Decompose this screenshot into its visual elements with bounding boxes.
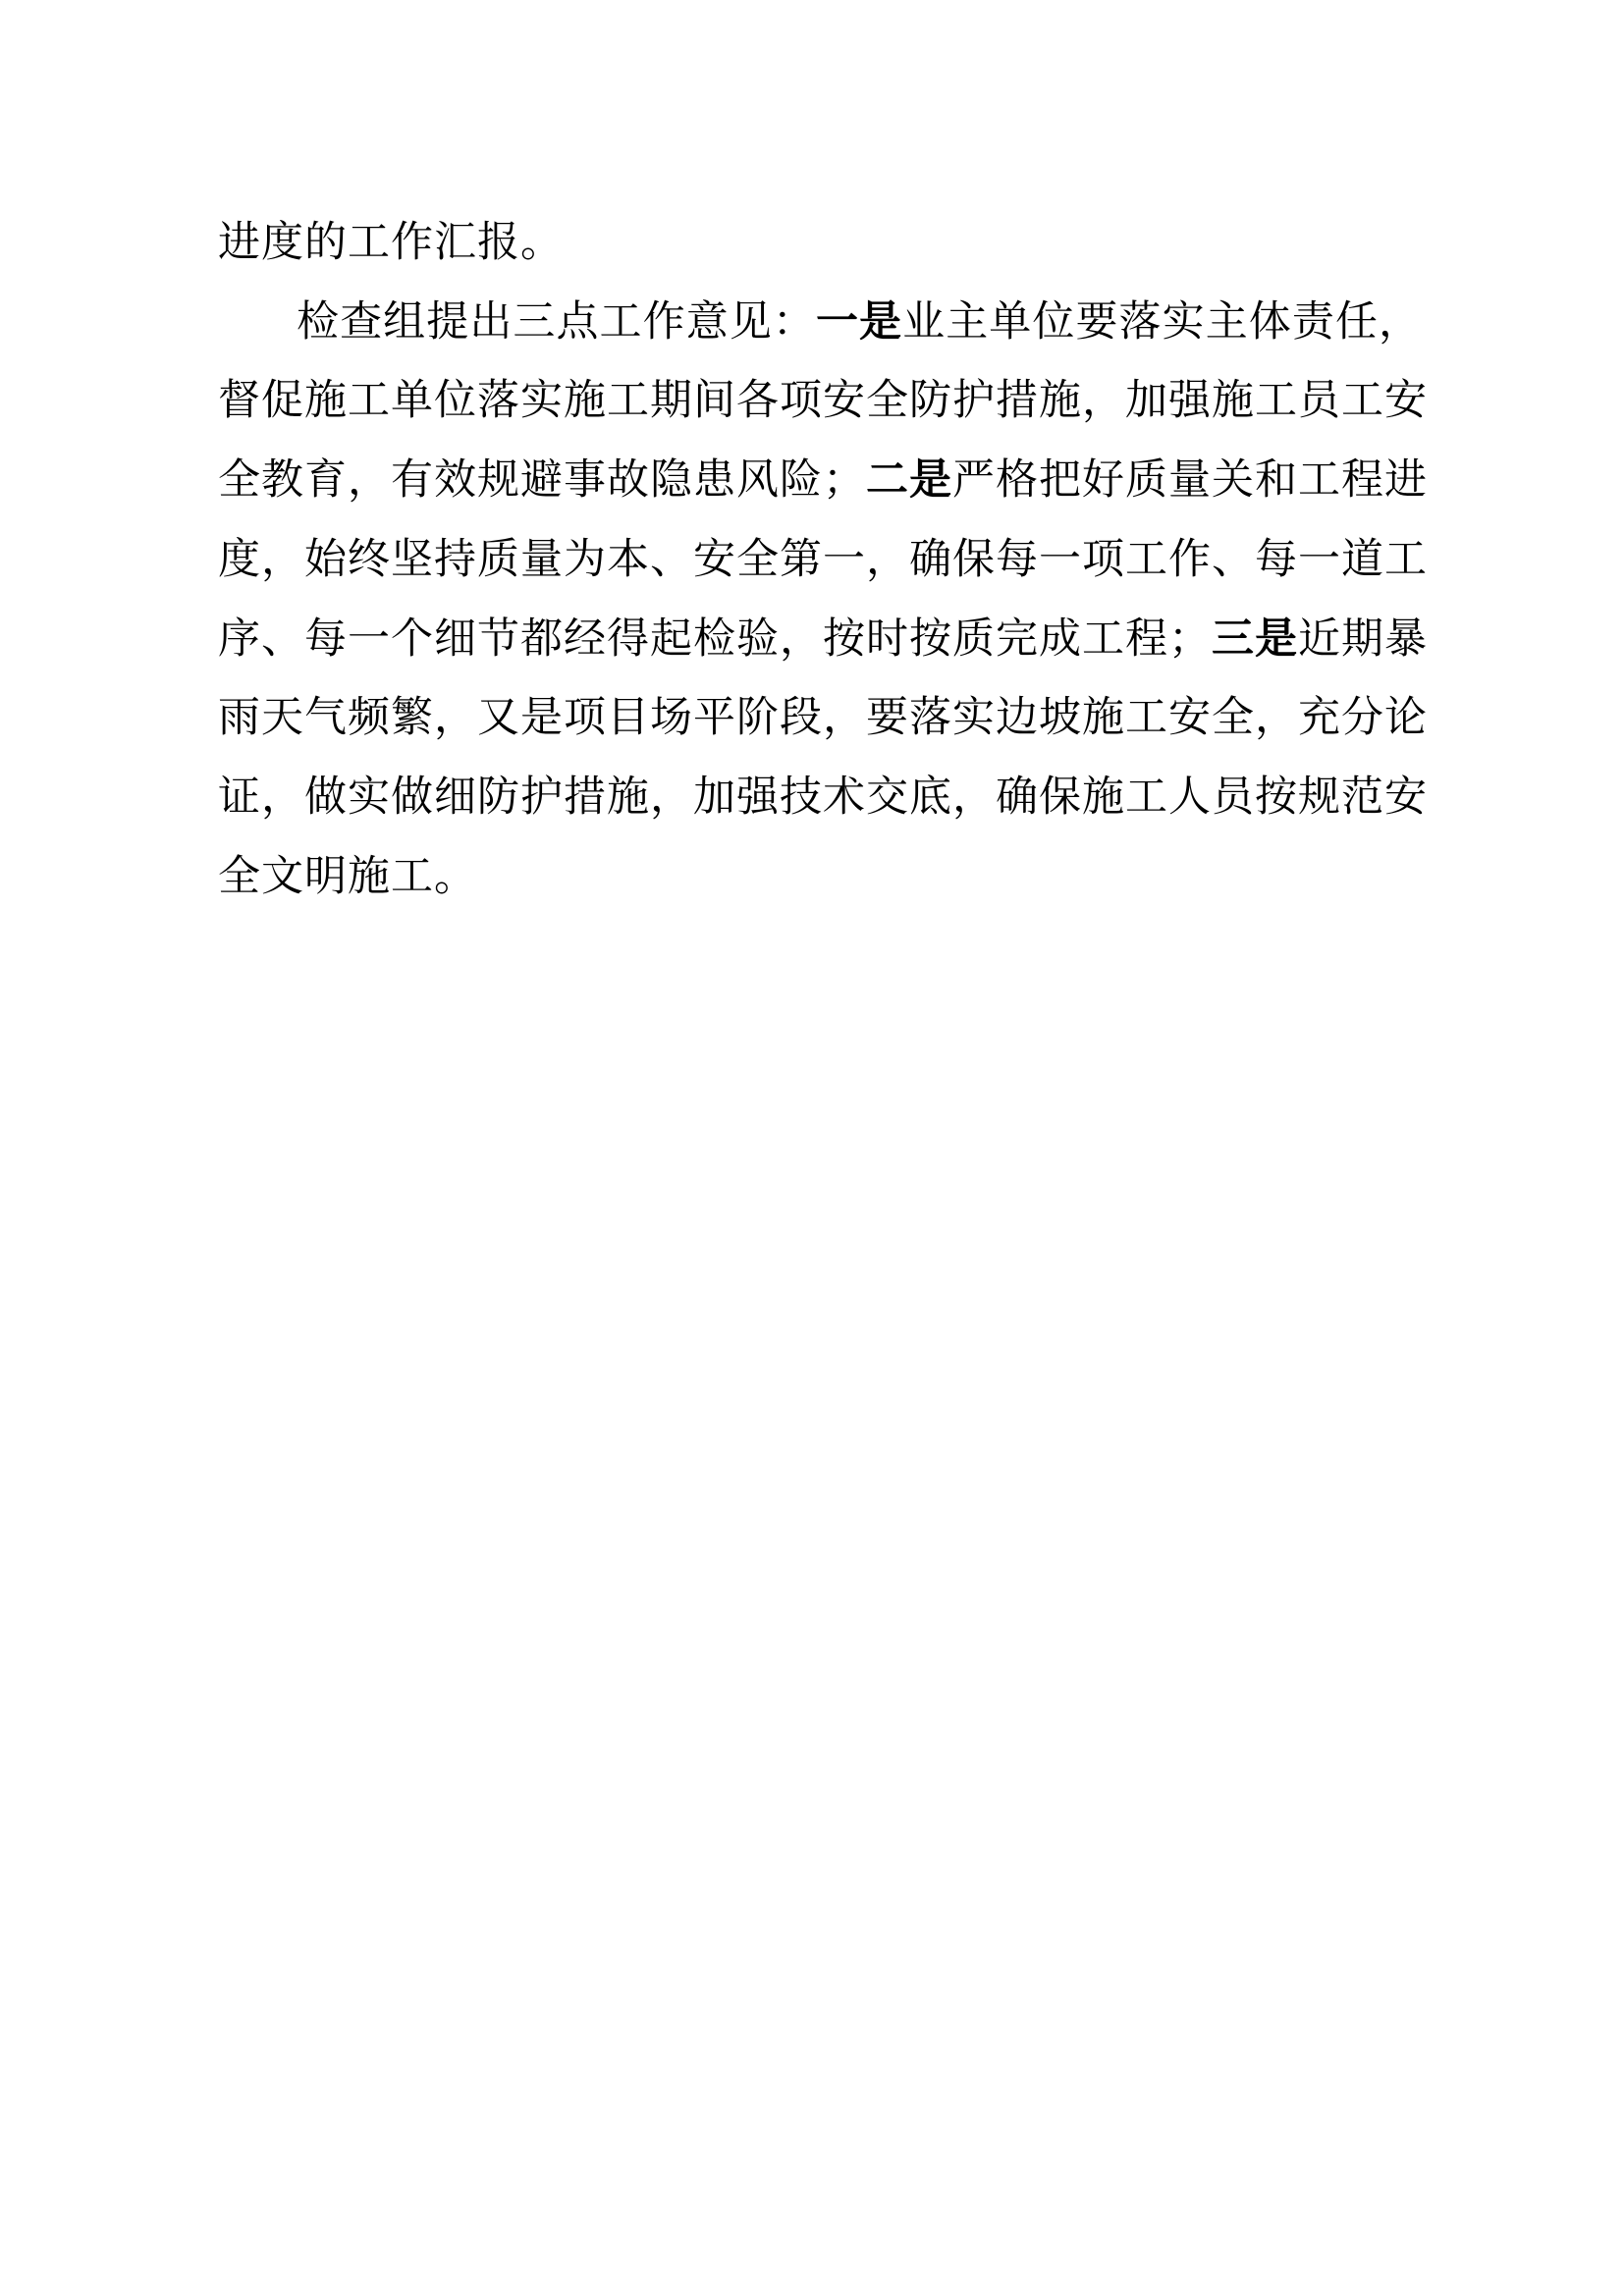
- text-segment: 雨天气频繁，又是项目场平阶段，要落实边坡施工安全，充分论: [218, 695, 1428, 741]
- text-segment: 进度的工作汇报。: [218, 220, 564, 266]
- text-line: 雨天气频繁，又是项目场平阶段，要落实边坡施工安全，充分论: [218, 679, 1422, 759]
- text-segment: 近期暴: [1298, 616, 1428, 663]
- text-line: 全教育，有效规避事故隐患风险；二是严格把好质量关和工程进: [218, 442, 1422, 521]
- bold-emphasis: 三是: [1212, 616, 1298, 663]
- text-line: 度，始终坚持质量为本、安全第一，确保每一项工作、每一道工: [218, 521, 1422, 601]
- bold-emphasis: 二是: [866, 457, 952, 504]
- text-line: 全文明施工。: [218, 838, 1422, 918]
- text-segment: 业主单位要落实主体责任，: [902, 299, 1422, 346]
- text-line: 督促施工单位落实施工期间各项安全防护措施，加强施工员工安: [218, 362, 1422, 442]
- document-page: 进度的工作汇报。检查组提出三点工作意见：一是业主单位要落实主体责任，督促施工单位…: [0, 0, 1624, 2296]
- text-segment: 督促施工单位落实施工期间各项安全防护措施，加强施工员工安: [218, 378, 1428, 424]
- bold-emphasis: 一是: [816, 299, 902, 346]
- document-body: 进度的工作汇报。检查组提出三点工作意见：一是业主单位要落实主体责任，督促施工单位…: [218, 204, 1422, 917]
- text-segment: 检查组提出三点工作意见：: [297, 299, 816, 346]
- text-segment: 序、每一个细节都经得起检验，按时按质完成工程；: [218, 616, 1212, 663]
- text-line: 序、每一个细节都经得起检验，按时按质完成工程；三是近期暴: [218, 601, 1422, 680]
- text-line: 进度的工作汇报。: [218, 204, 1422, 284]
- text-segment: 度，始终坚持质量为本、安全第一，确保每一项工作、每一道工: [218, 537, 1428, 583]
- text-line: 证，做实做细防护措施，加强技术交底，确保施工人员按规范安: [218, 759, 1422, 838]
- text-segment: 全教育，有效规避事故隐患风险；: [218, 457, 866, 504]
- text-segment: 严格把好质量关和工程进: [952, 457, 1428, 504]
- text-segment: 全文明施工。: [218, 854, 477, 900]
- text-segment: 证，做实做细防护措施，加强技术交底，确保施工人员按规范安: [218, 774, 1428, 821]
- text-line: 检查组提出三点工作意见：一是业主单位要落实主体责任，: [218, 284, 1422, 363]
